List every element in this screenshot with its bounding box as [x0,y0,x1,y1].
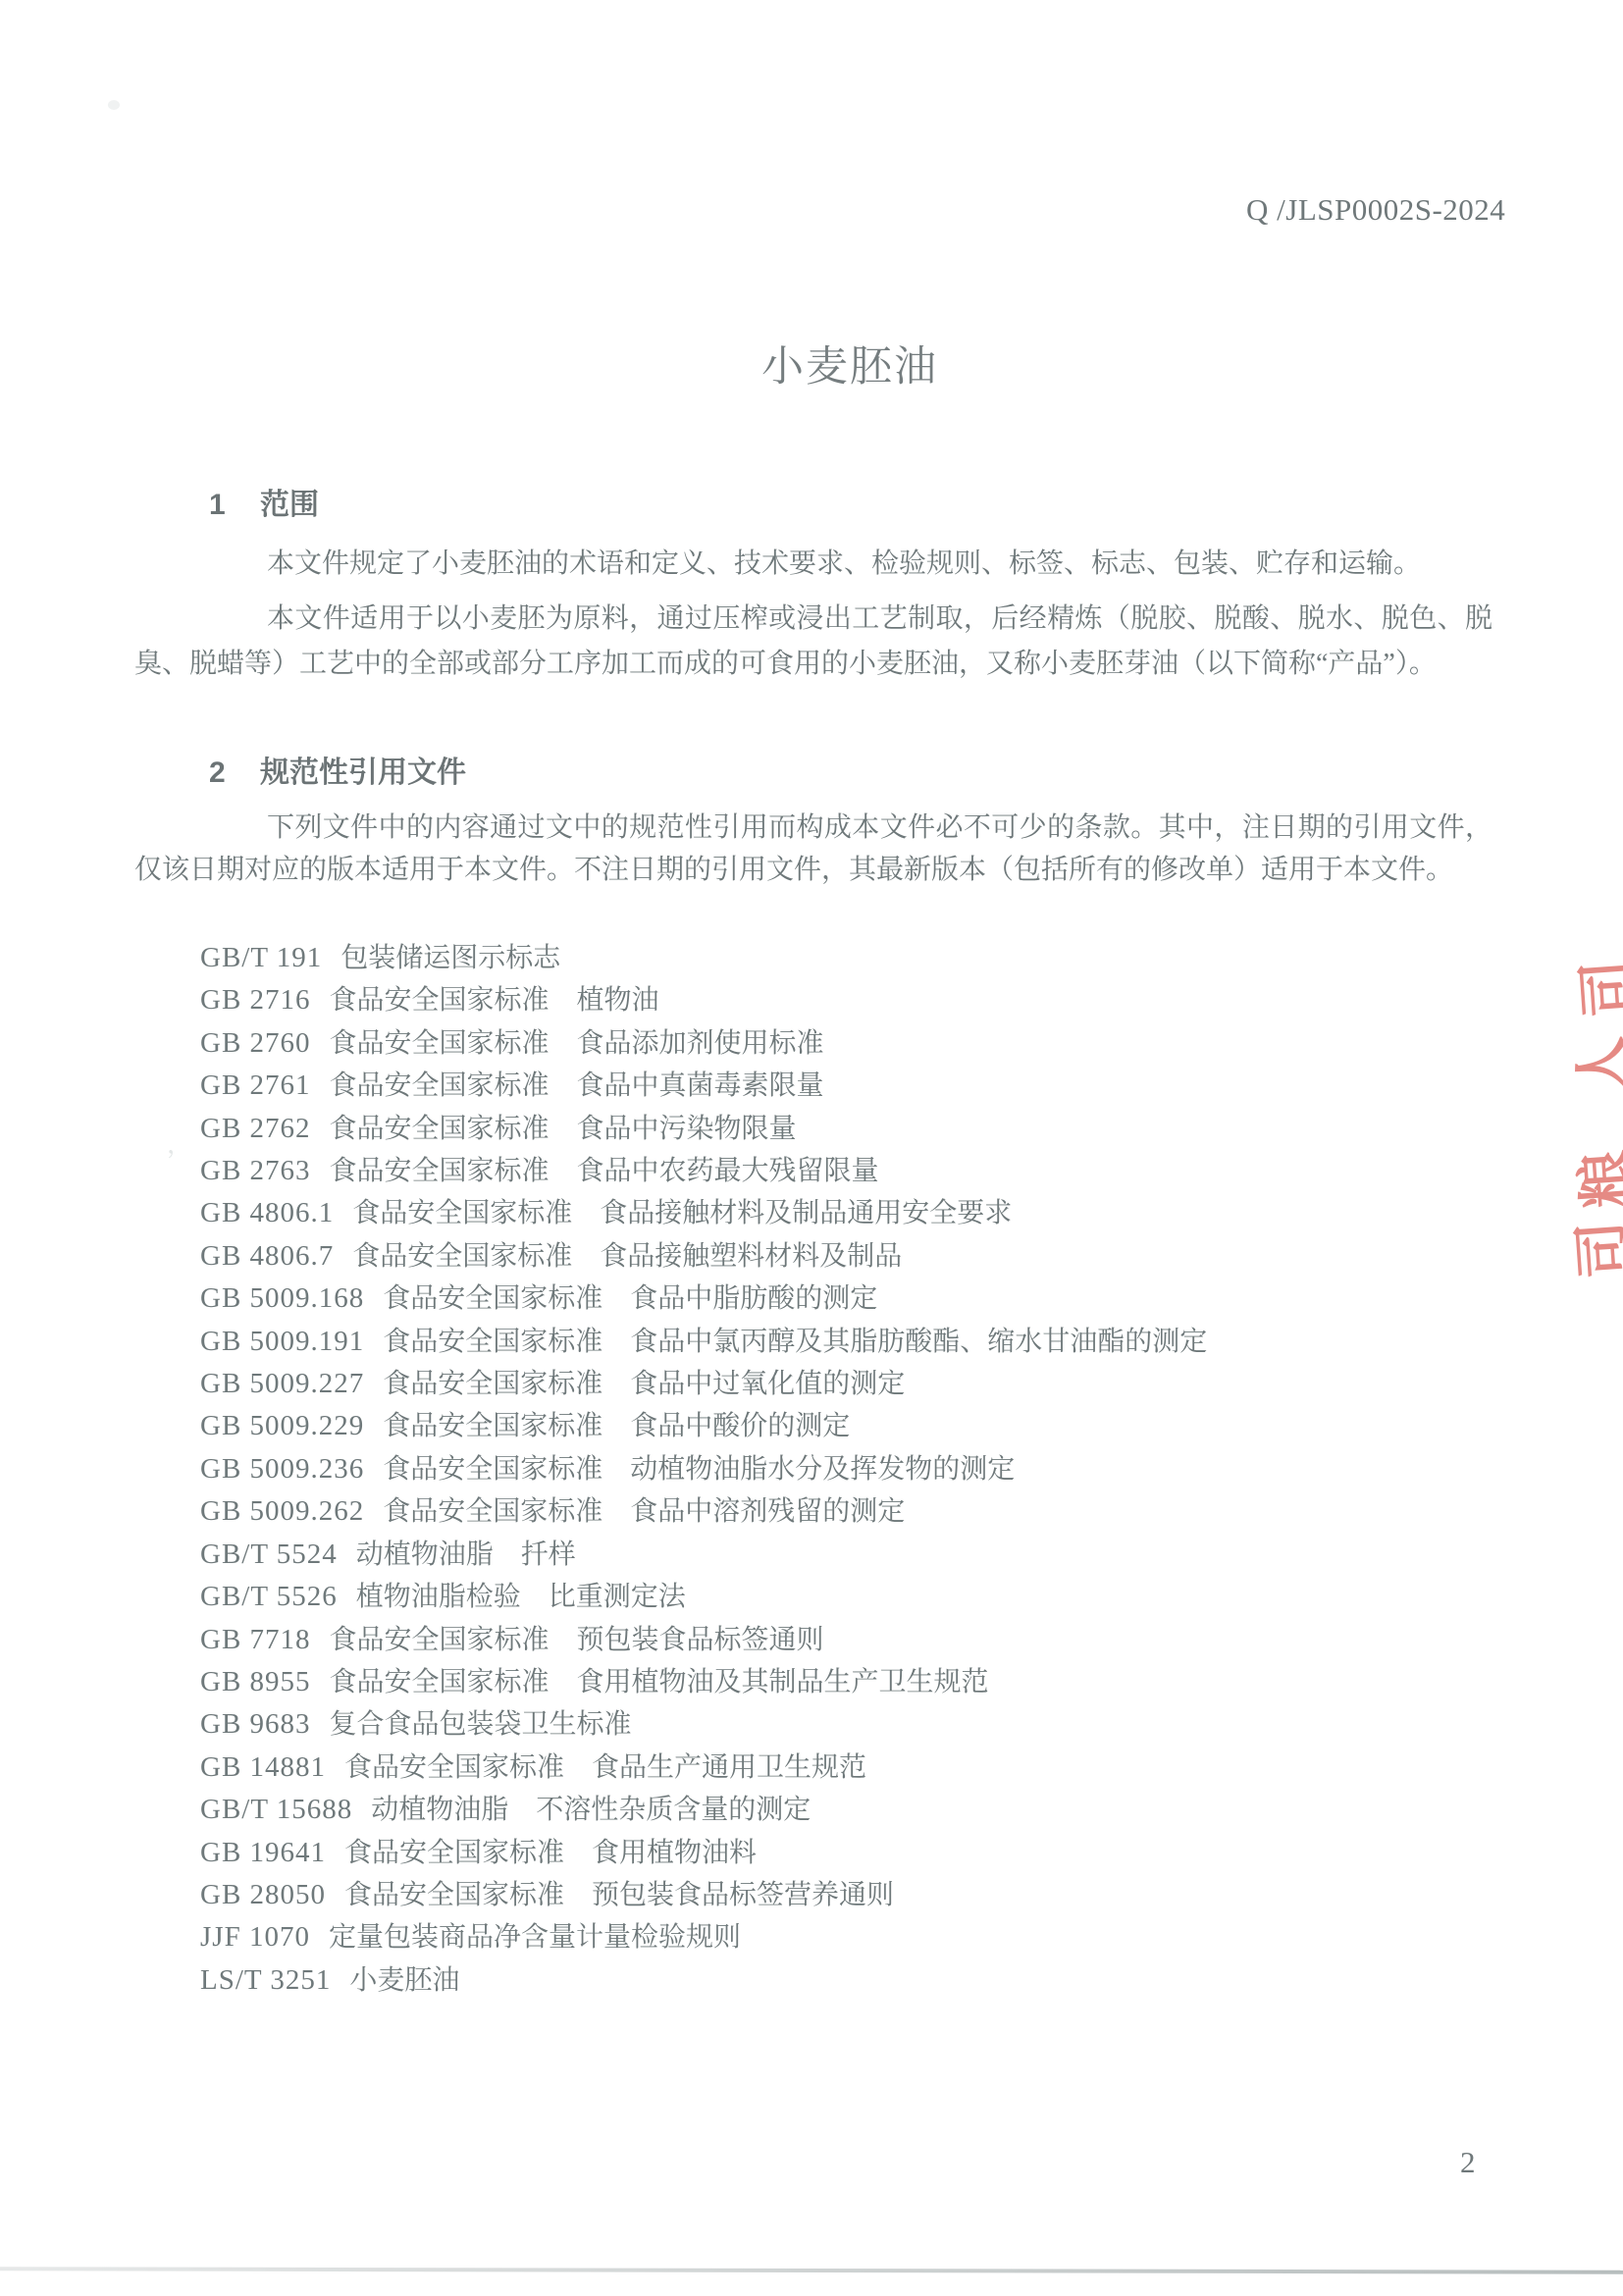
reference-title: 食品安全国家标准 食品中过氧化值的测定 [383,1369,905,1399]
reference-code: GB/T 5524 [200,1539,338,1570]
reference-item: GB 4806.1食品安全国家标准 食品接触材料及制品通用安全要求 [200,1192,1207,1234]
reference-title: 食品安全国家标准 预包装食品标签通则 [330,1625,824,1655]
reference-code: GB 5009.229 [200,1410,364,1441]
reference-title: 复合食品包装袋卫生标准 [330,1709,632,1740]
reference-title: 食品安全国家标准 食品中农药最大残留限量 [330,1156,879,1186]
reference-code: JJF 1070 [200,1921,310,1953]
scope-paragraph-2: 本文件适用于以小麦胚为原料，通过压榨或浸出工艺制取，后经精炼（脱胶、脱酸、脱水、… [134,597,1492,687]
section-1-body: 本文件规定了小麦胚油的术语和定义、技术要求、检验规则、标签、标志、包装、贮存和运… [134,542,1492,687]
scope-paragraph-1: 本文件规定了小麦胚油的术语和定义、技术要求、检验规则、标签、标志、包装、贮存和运… [134,542,1492,587]
reference-code: GB/T 191 [200,942,322,973]
reference-code: GB 5009.227 [200,1368,364,1399]
reference-item: GB 5009.229食品安全国家标准 食品中酸价的测定 [200,1405,1207,1447]
reference-code: GB 14881 [200,1751,326,1783]
reference-item: GB 5009.236食品安全国家标准 动植物油脂水分及挥发物的测定 [200,1448,1207,1490]
reference-title: 食品安全国家标准 食品中氯丙醇及其脂肪酸酯、缩水甘油酯的测定 [383,1327,1207,1357]
scan-artifact: ， [167,1124,192,1161]
reference-code: GB 2760 [200,1027,311,1059]
reference-title: 动植物油脂 不溶性杂质含量的测定 [371,1795,811,1825]
red-seal-fragment: 司 [1558,958,1623,1020]
section-2-number: 2 [209,757,260,790]
reference-title: 植物油脂检验 比重测定法 [356,1582,686,1612]
reference-item: GB 5009.262食品安全国家标准 食品中溶剂残留的测定 [200,1490,1207,1533]
reference-item: GB 8955食品安全国家标准 食用植物油及其制品生产卫生规范 [200,1661,1207,1703]
section-1-number: 1 [209,489,260,522]
reference-title: 食品安全国家标准 食品接触塑料材料及制品 [352,1241,902,1272]
reference-item: JJF 1070定量包装商品净含量计量检验规则 [200,1916,1207,1958]
red-seal-fragment: 粮 [1557,1148,1623,1211]
document-title: 小麦胚油 [761,334,938,393]
section-1-title: 范围 [260,489,319,521]
reference-item: GB/T 5526植物油脂检验 比重测定法 [200,1576,1207,1618]
reference-item: GB/T 5524动植物油脂 扦样 [200,1534,1207,1576]
reference-code: GB/T 15688 [200,1794,352,1825]
reference-code: GB 9683 [200,1708,311,1740]
reference-title: 包装储运图示标志 [340,943,560,973]
reference-code: GB 5009.168 [200,1282,364,1314]
reference-item: GB 2763食品安全国家标准 食品中农药最大残留限量 [200,1150,1207,1192]
reference-item: GB 5009.191食品安全国家标准 食品中氯丙醇及其脂肪酸酯、缩水甘油酯的测… [200,1321,1207,1363]
scan-artifact [108,100,120,110]
section-2-title: 规范性引用文件 [260,757,466,789]
page-number: 2 [1460,2145,1476,2180]
reference-title: 动植物油脂 扦样 [356,1539,576,1570]
normative-references-list: GB/T 191包装储运图示标志 GB 2716食品安全国家标准 植物油 GB … [200,937,1207,2002]
reference-item: GB 4806.7食品安全国家标准 食品接触塑料材料及制品 [200,1235,1207,1278]
reference-code: GB 8955 [200,1666,311,1697]
red-seal-fragment: 司 [1554,1219,1623,1281]
scan-edge-shadow [0,2267,1623,2273]
reference-code: LS/T 3251 [200,1964,331,1996]
section-2-heading: 2规范性引用文件 [209,748,466,791]
reference-item: GB 2761食品安全国家标准 食品中真菌毒素限量 [200,1065,1207,1107]
reference-code: GB 28050 [200,1879,326,1910]
reference-code: GB 5009.191 [200,1326,364,1357]
reference-item: GB 9683复合食品包装袋卫生标准 [200,1703,1207,1746]
reference-title: 食品安全国家标准 食品中酸价的测定 [383,1411,850,1441]
reference-item: GB 5009.227食品安全国家标准 食品中过氧化值的测定 [200,1363,1207,1405]
reference-item: GB 14881食品安全国家标准 食品生产通用卫生规范 [200,1747,1207,1789]
reference-code: GB 2762 [200,1113,311,1144]
reference-title: 食品安全国家标准 食品中脂肪酸的测定 [383,1283,877,1314]
reference-title: 食品安全国家标准 食品添加剂使用标准 [330,1028,824,1059]
reference-item: GB 7718食品安全国家标准 预包装食品标签通则 [200,1619,1207,1661]
reference-title: 食品安全国家标准 食品中溶剂残留的测定 [383,1496,905,1527]
reference-code: GB 2761 [200,1070,311,1101]
reference-code: GB 2716 [200,984,311,1016]
reference-title: 食品安全国家标准 预包装食品标签营养通则 [344,1880,894,1910]
reference-item: GB 2716食品安全国家标准 植物油 [200,979,1207,1021]
section-1-heading: 1范围 [209,480,319,523]
reference-code: GB/T 5526 [200,1581,338,1612]
reference-item: GB 2762食品安全国家标准 食品中污染物限量 [200,1108,1207,1150]
reference-item: GB/T 191包装储运图示标志 [200,937,1207,979]
reference-title: 食品安全国家标准 食用植物油及其制品生产卫生规范 [330,1667,989,1697]
red-seal-fragment: 人 [1554,1034,1623,1097]
normative-references-intro: 下列文件中的内容通过文中的规范性引用而构成本文件必不可少的条款。其中，注日期的引… [134,807,1492,891]
reference-item: GB 19641食品安全国家标准 食用植物油料 [200,1832,1207,1874]
document-page: Q /JLSP0002S-2024 小麦胚油 1范围 本文件规定了小麦胚油的术语… [0,0,1623,2296]
reference-item: LS/T 3251小麦胚油 [200,1959,1207,2002]
reference-item: GB/T 15688动植物油脂 不溶性杂质含量的测定 [200,1789,1207,1831]
section-2-body: 下列文件中的内容通过文中的规范性引用而构成本文件必不可少的条款。其中，注日期的引… [134,807,1492,891]
reference-code: GB 19641 [200,1837,326,1868]
reference-title: 食品安全国家标准 食品中污染物限量 [330,1114,797,1144]
reference-code: GB 4806.1 [200,1197,334,1228]
reference-title: 食品安全国家标准 食品生产通用卫生规范 [344,1752,866,1783]
reference-item: GB 2760食品安全国家标准 食品添加剂使用标准 [200,1022,1207,1065]
reference-code: GB 5009.262 [200,1495,364,1527]
reference-item: GB 28050食品安全国家标准 预包装食品标签营养通则 [200,1874,1207,1916]
reference-title: 食品安全国家标准 食品中真菌毒素限量 [330,1070,824,1101]
document-standard-code: Q /JLSP0002S-2024 [1246,192,1505,228]
reference-code: GB 2763 [200,1155,311,1186]
reference-title: 食品安全国家标准 动植物油脂水分及挥发物的测定 [383,1454,1015,1485]
reference-code: GB 7718 [200,1624,311,1655]
reference-title: 定量包装商品净含量计量检验规则 [329,1922,741,1953]
reference-item: GB 5009.168食品安全国家标准 食品中脂肪酸的测定 [200,1278,1207,1320]
reference-code: GB 4806.7 [200,1240,334,1272]
reference-title: 食品安全国家标准 植物油 [330,985,659,1016]
reference-title: 食品安全国家标准 食品接触材料及制品通用安全要求 [352,1198,1012,1228]
reference-title: 小麦胚油 [349,1965,459,1996]
reference-title: 食品安全国家标准 食用植物油料 [344,1838,757,1868]
reference-code: GB 5009.236 [200,1453,364,1485]
